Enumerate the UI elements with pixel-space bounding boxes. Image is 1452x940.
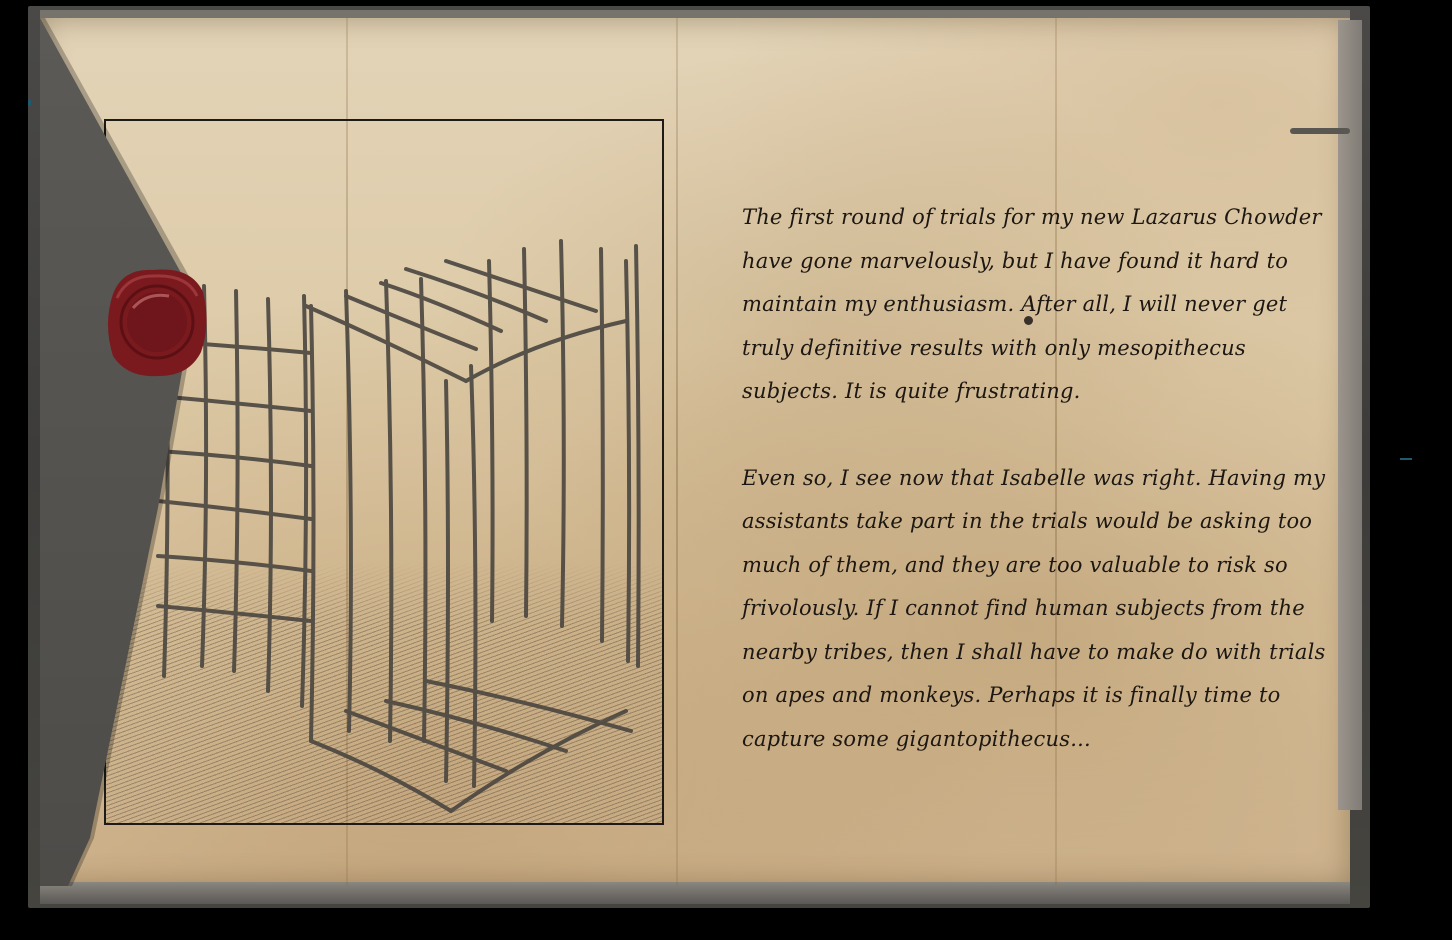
paper-bottom-edge xyxy=(40,882,1350,904)
journal-text: The first round of trials for my new Laz… xyxy=(742,196,1342,804)
journal-paragraph: Even so, I see now that Isabelle was rig… xyxy=(742,457,1342,762)
edge-artifact xyxy=(28,100,31,106)
paper-fold-line xyxy=(676,18,678,886)
wax-seal-icon xyxy=(103,264,209,380)
edge-artifact xyxy=(1400,458,1412,460)
journal-paragraph: The first round of trials for my new Laz… xyxy=(742,196,1342,414)
cage-drawing xyxy=(106,121,664,825)
cage-illustration xyxy=(104,119,664,825)
paper-tear xyxy=(1290,128,1350,134)
